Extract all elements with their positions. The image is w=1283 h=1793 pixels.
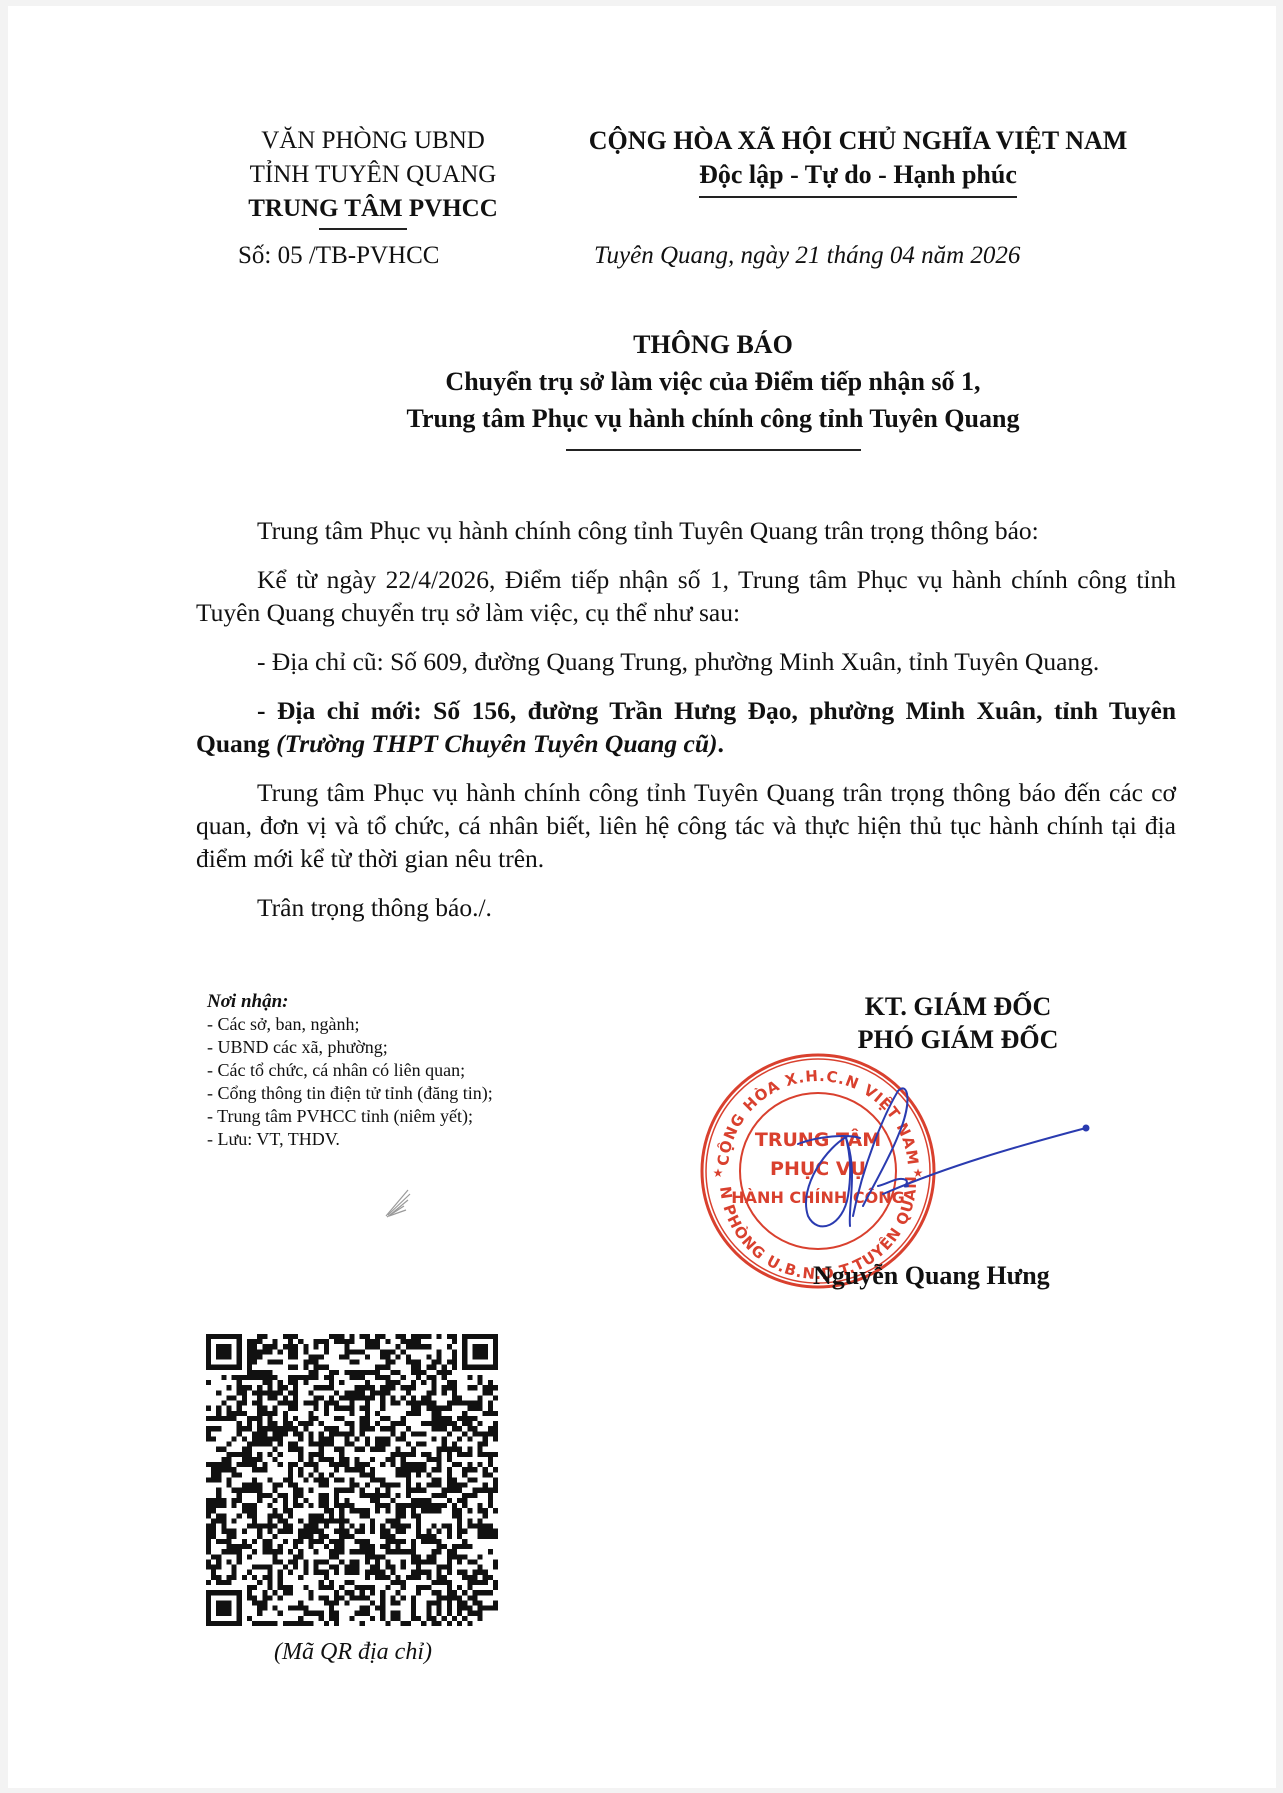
recipient-item: - Trung tâm PVHCC tỉnh (niêm yết); [207, 1105, 493, 1128]
recipient-item: - Cổng thông tin điện tử tỉnh (đăng tin)… [207, 1082, 493, 1105]
subject-line-2: Trung tâm Phục vụ hành chính công tỉnh T… [208, 400, 1218, 437]
paragraph-intro: Trung tâm Phục vụ hành chính công tỉnh T… [196, 514, 1176, 547]
new-address-end: . [718, 729, 724, 758]
paragraph-closing: Trân trọng thông báo./. [196, 891, 1176, 924]
document-body: Trung tâm Phục vụ hành chính công tỉnh T… [196, 514, 1176, 940]
document-number: Số: 05 /TB-PVHCC [238, 242, 439, 270]
agency-line-1: VĂN PHÒNG UBND [218, 124, 528, 158]
agency-line-2: TỈNH TUYÊN QUANG [218, 158, 528, 192]
paragraph-notice: Trung tâm Phục vụ hành chính công tỉnh T… [196, 776, 1176, 875]
place-and-date: Tuyên Quang, ngày 21 tháng 04 năm 2026 [594, 242, 1020, 270]
signature-title: KT. GIÁM ĐỐC PHÓ GIÁM ĐỐC [828, 990, 1088, 1056]
document-title: THÔNG BÁO Chuyển trụ sở làm việc của Điể… [208, 326, 1218, 451]
agency-line-3: TRUNG TÂM PVHCC [218, 192, 528, 226]
handwritten-signature-icon [788, 1076, 1108, 1246]
qr-code-icon[interactable] [206, 1334, 498, 1626]
agency-underline [319, 228, 407, 230]
signer-name: Nguyễn Quang Hưng [813, 1261, 1050, 1291]
new-address-note: (Trường THPT Chuyên Tuyên Quang cũ) [276, 729, 717, 758]
paragraph-new-address: - Địa chỉ mới: Số 156, đường Trần Hưng Đ… [196, 694, 1176, 760]
recipient-item: - Các tổ chức, cá nhân có liên quan; [207, 1059, 493, 1082]
document-type: THÔNG BÁO [208, 326, 1218, 363]
recipients-title: Nơi nhận: [207, 990, 493, 1013]
country-name: CỘNG HÒA XÃ HỘI CHỦ NGHĨA VIỆT NAM [548, 124, 1168, 158]
svg-text:★: ★ [713, 1166, 724, 1180]
recipient-item: - Lưu: VT, THDV. [207, 1128, 493, 1151]
issuing-agency: VĂN PHÒNG UBND TỈNH TUYÊN QUANG TRUNG TÂ… [218, 124, 528, 230]
title-underline [566, 449, 861, 451]
initial-mark-icon [378, 1182, 418, 1222]
recipient-item: - UBND các xã, phường; [207, 1036, 493, 1059]
signature-line-1: KT. GIÁM ĐỐC [828, 990, 1088, 1023]
national-heading: CỘNG HÒA XÃ HỘI CHỦ NGHĨA VIỆT NAM Độc l… [548, 124, 1168, 198]
recipient-item: - Các sở, ban, ngành; [207, 1013, 493, 1036]
national-motto: Độc lập - Tự do - Hạnh phúc [699, 158, 1017, 198]
subject-line-1: Chuyển trụ sở làm việc của Điểm tiếp nhậ… [208, 363, 1218, 400]
qr-caption: (Mã QR địa chỉ) [208, 1639, 498, 1666]
paragraph-effective-date: Kể từ ngày 22/4/2026, Điểm tiếp nhận số … [196, 563, 1176, 629]
paragraph-old-address: - Địa chỉ cũ: Số 609, đường Quang Trung,… [196, 645, 1176, 678]
recipients-list: Nơi nhận: - Các sở, ban, ngành; - UBND c… [207, 990, 493, 1151]
document-page: VĂN PHÒNG UBND TỈNH TUYÊN QUANG TRUNG TÂ… [8, 6, 1276, 1788]
